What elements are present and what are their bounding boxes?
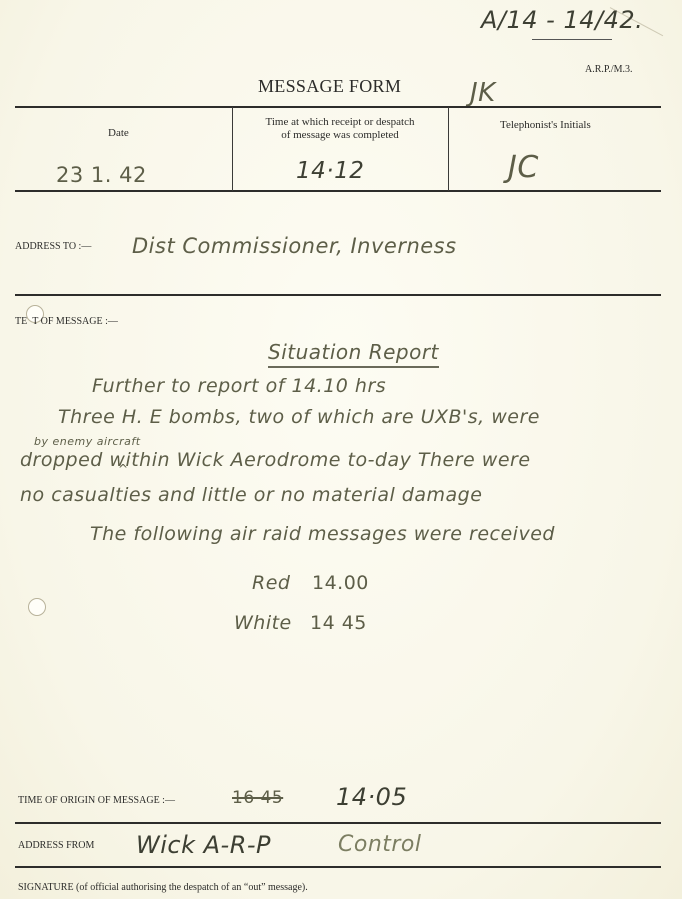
form-title: MESSAGE FORM — [258, 76, 401, 97]
date-value: 23 1. 42 — [56, 163, 147, 187]
address-to-value: Dist Commissioner, Inverness — [132, 234, 457, 258]
message-line-5: The following air raid messages were rec… — [90, 523, 555, 545]
telephonist-initials-value: JC — [508, 150, 539, 185]
time-completed-label-line2: of message was completed — [250, 129, 430, 141]
form-code: A.R.P./M.3. — [585, 64, 633, 75]
address-to-rule — [15, 294, 661, 296]
red-message-label: Red — [252, 572, 290, 594]
time-of-origin-label: TIME OF ORIGIN OF MESSAGE :— — [18, 795, 175, 806]
message-line-3: dropped within Wick Aerodrome to-day The… — [20, 449, 531, 471]
insertion-caret: ^ — [118, 462, 129, 476]
white-message-time: 14 45 — [310, 612, 367, 634]
message-form-page: A/14 - 14/42. A.R.P./M.3. MESSAGE FORM J… — [0, 0, 682, 899]
message-line-4: no casualties and little or no material … — [20, 484, 482, 506]
time-completed-value: 14·12 — [296, 158, 364, 184]
table-divider-1 — [232, 107, 233, 191]
message-heading: Situation Report — [268, 340, 439, 368]
time-of-origin-value: 14·05 — [336, 783, 407, 811]
initials-mark: JK — [470, 78, 496, 108]
address-to-label: ADDRESS TO :— — [15, 241, 91, 252]
table-top-rule — [15, 106, 661, 108]
red-message-time: 14.00 — [312, 572, 369, 594]
signature-label: SIGNATURE (of official authorising the d… — [18, 882, 308, 893]
table-divider-2 — [448, 107, 449, 191]
time-of-origin-rule — [15, 822, 661, 824]
text-of-message-label: TE T OF MESSAGE :— — [15, 316, 118, 327]
address-from-extra: Control — [338, 832, 422, 857]
message-line-1: Further to report of 14.10 hrs — [92, 375, 386, 397]
date-label: Date — [108, 127, 129, 139]
time-of-origin-struck-value: 16 45 — [232, 788, 283, 808]
telephonist-initials-label: Telephonist's Initials — [500, 119, 591, 131]
address-from-label: ADDRESS FROM — [18, 840, 94, 851]
message-insertion: by enemy aircraft — [34, 435, 141, 448]
address-from-value: Wick A-R-P — [136, 831, 271, 859]
white-message-label: White — [234, 612, 292, 634]
table-bottom-rule — [15, 190, 661, 192]
reference-underline — [532, 39, 612, 40]
address-from-rule — [15, 866, 661, 868]
punch-hole-bottom — [28, 598, 46, 616]
message-line-2: Three H. E bombs, two of which are UXB's… — [58, 406, 540, 428]
reference-number: A/14 - 14/42. — [481, 6, 643, 34]
time-completed-label-line1: Time at which receipt or despatch — [250, 116, 430, 128]
